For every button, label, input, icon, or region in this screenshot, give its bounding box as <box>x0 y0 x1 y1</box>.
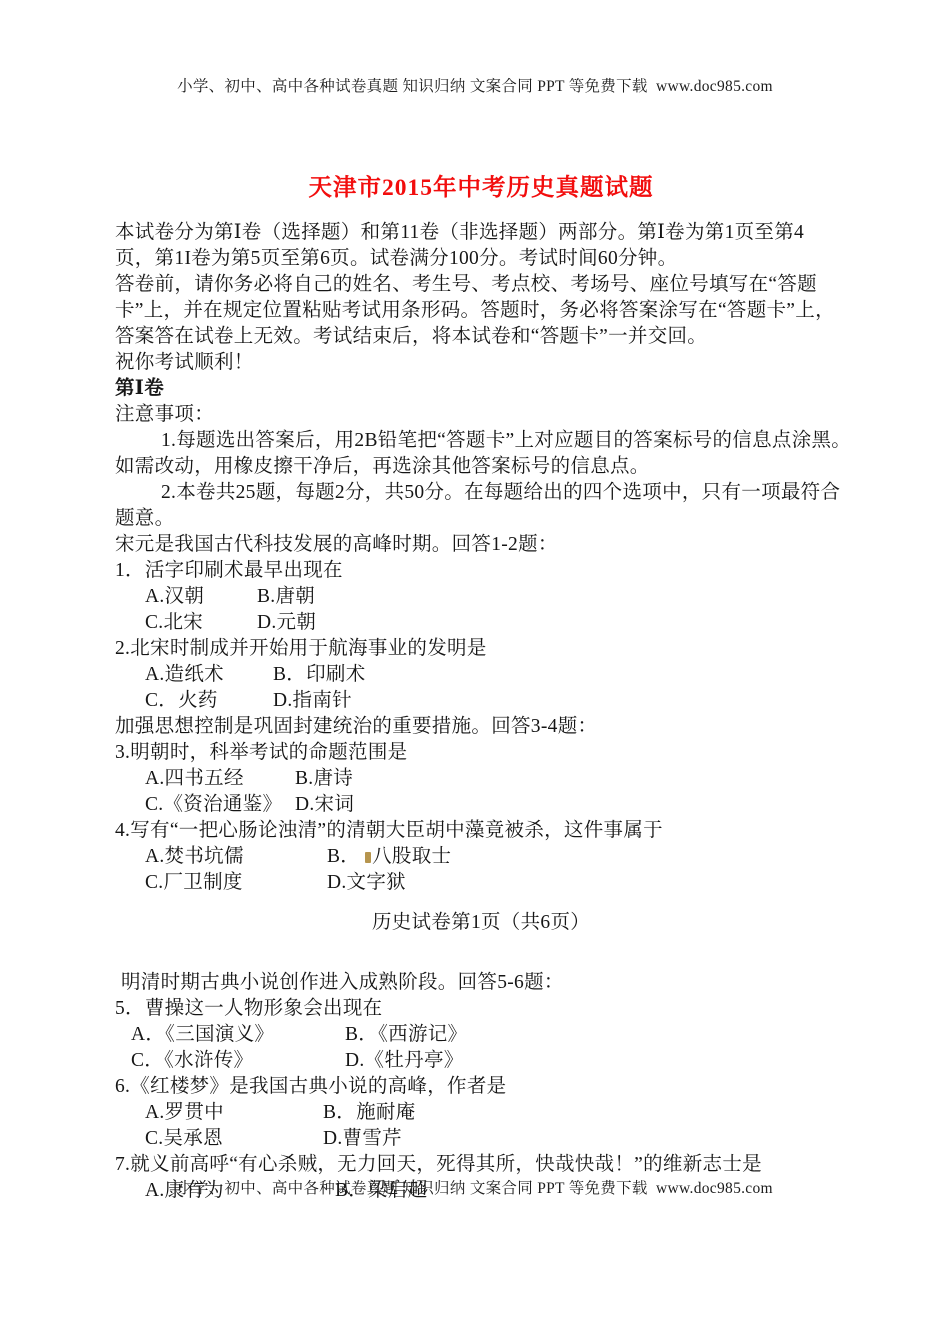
section-intro: 加强思想控制是巩固封建统治的重要措施。回答3-4题： <box>115 714 847 740</box>
footer-download-notice: 小学、初中、高中各种试卷真题 知识归纳 文案合同 PPT 等免费下载 www.d… <box>0 1176 950 1198</box>
question-stem: 2.北宋时制成并开始用于航海事业的发明是 <box>115 636 847 662</box>
option-a: A.焚书坑儒 <box>145 844 327 870</box>
question-stem: 5．曹操这一人物形象会出现在 <box>115 996 847 1022</box>
option-pair: C．《水浒传》D.《牡丹亭》 <box>115 1048 847 1074</box>
intro-paragraph-line: 本试卷分为第Ⅰ卷（选择题）和第11卷（非选择题）两部分。第Ⅰ卷为第1页至第4 <box>115 220 847 246</box>
option-pair: A．《三国演义》B．《西游记》 <box>115 1022 847 1048</box>
option-a: C.北宋 <box>145 610 257 636</box>
option-b: D.文字狱 <box>327 870 406 896</box>
option-a: C.厂卫制度 <box>145 870 327 896</box>
option-pair: A.汉朝B.唐朝 <box>115 584 847 610</box>
option-pair: A.焚书坑儒B．八股取士 <box>115 844 847 870</box>
option-pair: C.吴承恩D.曹雪芹 <box>115 1126 847 1152</box>
stain-mark-icon <box>365 852 371 863</box>
option-b: B．《西游记》 <box>345 1022 467 1048</box>
header-download-notice: 小学、初中、高中各种试卷真题 知识归纳 文案合同 PPT 等免费下载 www.d… <box>0 74 950 96</box>
option-pair: C.北宋D.元朝 <box>115 610 847 636</box>
exam-document-page: 小学、初中、高中各种试卷真题 知识归纳 文案合同 PPT 等免费下载 www.d… <box>0 0 950 1344</box>
option-b: D.指南针 <box>273 688 352 714</box>
option-b: B．施耐庵 <box>323 1100 416 1126</box>
note-line: 2.本卷共25题，每题2分，共50分。在每题给出的四个选项中，只有一项最符合 <box>115 480 847 506</box>
option-b: D.《牡丹亭》 <box>345 1048 464 1074</box>
option-b: D.宋词 <box>295 792 354 818</box>
option-pair: A.造纸术B．印刷术 <box>115 662 847 688</box>
option-pair: C.《资治通鉴》D.宋词 <box>115 792 847 818</box>
question-stem: 6.《红楼梦》是我国古典小说的高峰，作者是 <box>115 1074 847 1100</box>
option-a: A．《三国演义》 <box>131 1022 345 1048</box>
document-lines: 本试卷分为第Ⅰ卷（选择题）和第11卷（非选择题）两部分。第Ⅰ卷为第1页至第4页，… <box>115 220 847 1204</box>
question-stem: 7.就义前高呼“有心杀贼，无力回天，死得其所，快哉快哉！”的维新志士是 <box>115 1152 847 1178</box>
section-intro: 明清时期古典小说创作进入成熟阶段。回答5-6题： <box>115 970 847 996</box>
option-a: C．火药 <box>145 688 273 714</box>
note-line: 题意。 <box>115 506 847 532</box>
option-b: B．印刷术 <box>273 662 366 688</box>
intro-paragraph-line: 答案答在试卷上无效。考试结束后，将本试卷和“答题卡”一并交回。 <box>115 324 847 350</box>
notes-heading: 注意事项： <box>115 402 847 428</box>
option-a: A.罗贯中 <box>145 1100 323 1126</box>
option-a: A.造纸术 <box>145 662 273 688</box>
question-stem: 1．活字印刷术最早出现在 <box>115 558 847 584</box>
option-pair: A.罗贯中B．施耐庵 <box>115 1100 847 1126</box>
document-body: 天津市2015年中考历史真题试题 本试卷分为第Ⅰ卷（选择题）和第11卷（非选择题… <box>115 158 847 1204</box>
option-pair: A.四书五经B.唐诗 <box>115 766 847 792</box>
option-a: C．《水浒传》 <box>131 1048 345 1074</box>
intro-paragraph-line: 卡”上，并在规定位置粘贴考试用条形码。答题时，务必将答案涂写在“答题卡”上， <box>115 298 847 324</box>
note-line: 1.每题选出答案后，用2B铅笔把“答题卡”上对应题目的答案标号的信息点涂黑。 <box>115 428 847 454</box>
doc-title: 天津市2015年中考历史真题试题 <box>115 158 847 202</box>
option-b: B.唐朝 <box>257 584 315 610</box>
section-intro: 宋元是我国古代科技发展的高峰时期。回答1-2题： <box>115 532 847 558</box>
question-stem: 4.写有“一把心肠论浊清”的清朝大臣胡中藻竟被杀，这件事属于 <box>115 818 847 844</box>
wish-line: 祝你考试顺利！ <box>115 350 847 376</box>
option-b: D.元朝 <box>257 610 316 636</box>
page-number: 历史试卷第1页（共6页） <box>115 910 847 936</box>
question-stem: 3.明朝时，科举考试的命题范围是 <box>115 740 847 766</box>
intro-paragraph-line: 页，第1I卷为第5页至第6页。试卷满分100分。考试时间60分钟。 <box>115 246 847 272</box>
option-pair: C.厂卫制度D.文字狱 <box>115 870 847 896</box>
option-a: C.吴承恩 <box>145 1126 323 1152</box>
intro-paragraph-line: 答卷前，请你务必将自己的姓名、考生号、考点校、考场号、座位号填写在“答题 <box>115 272 847 298</box>
option-b: B．八股取士 <box>327 844 451 870</box>
option-a: A.汉朝 <box>145 584 257 610</box>
option-pair: C．火药D.指南针 <box>115 688 847 714</box>
option-b: B.唐诗 <box>295 766 353 792</box>
option-b: D.曹雪芹 <box>323 1126 402 1152</box>
note-line: 如需改动，用橡皮擦干净后，再选涂其他答案标号的信息点。 <box>115 454 847 480</box>
option-a: A.四书五经 <box>145 766 295 792</box>
option-a: C.《资治通鉴》 <box>145 792 295 818</box>
part1-heading: 第Ⅰ卷 <box>115 376 847 402</box>
